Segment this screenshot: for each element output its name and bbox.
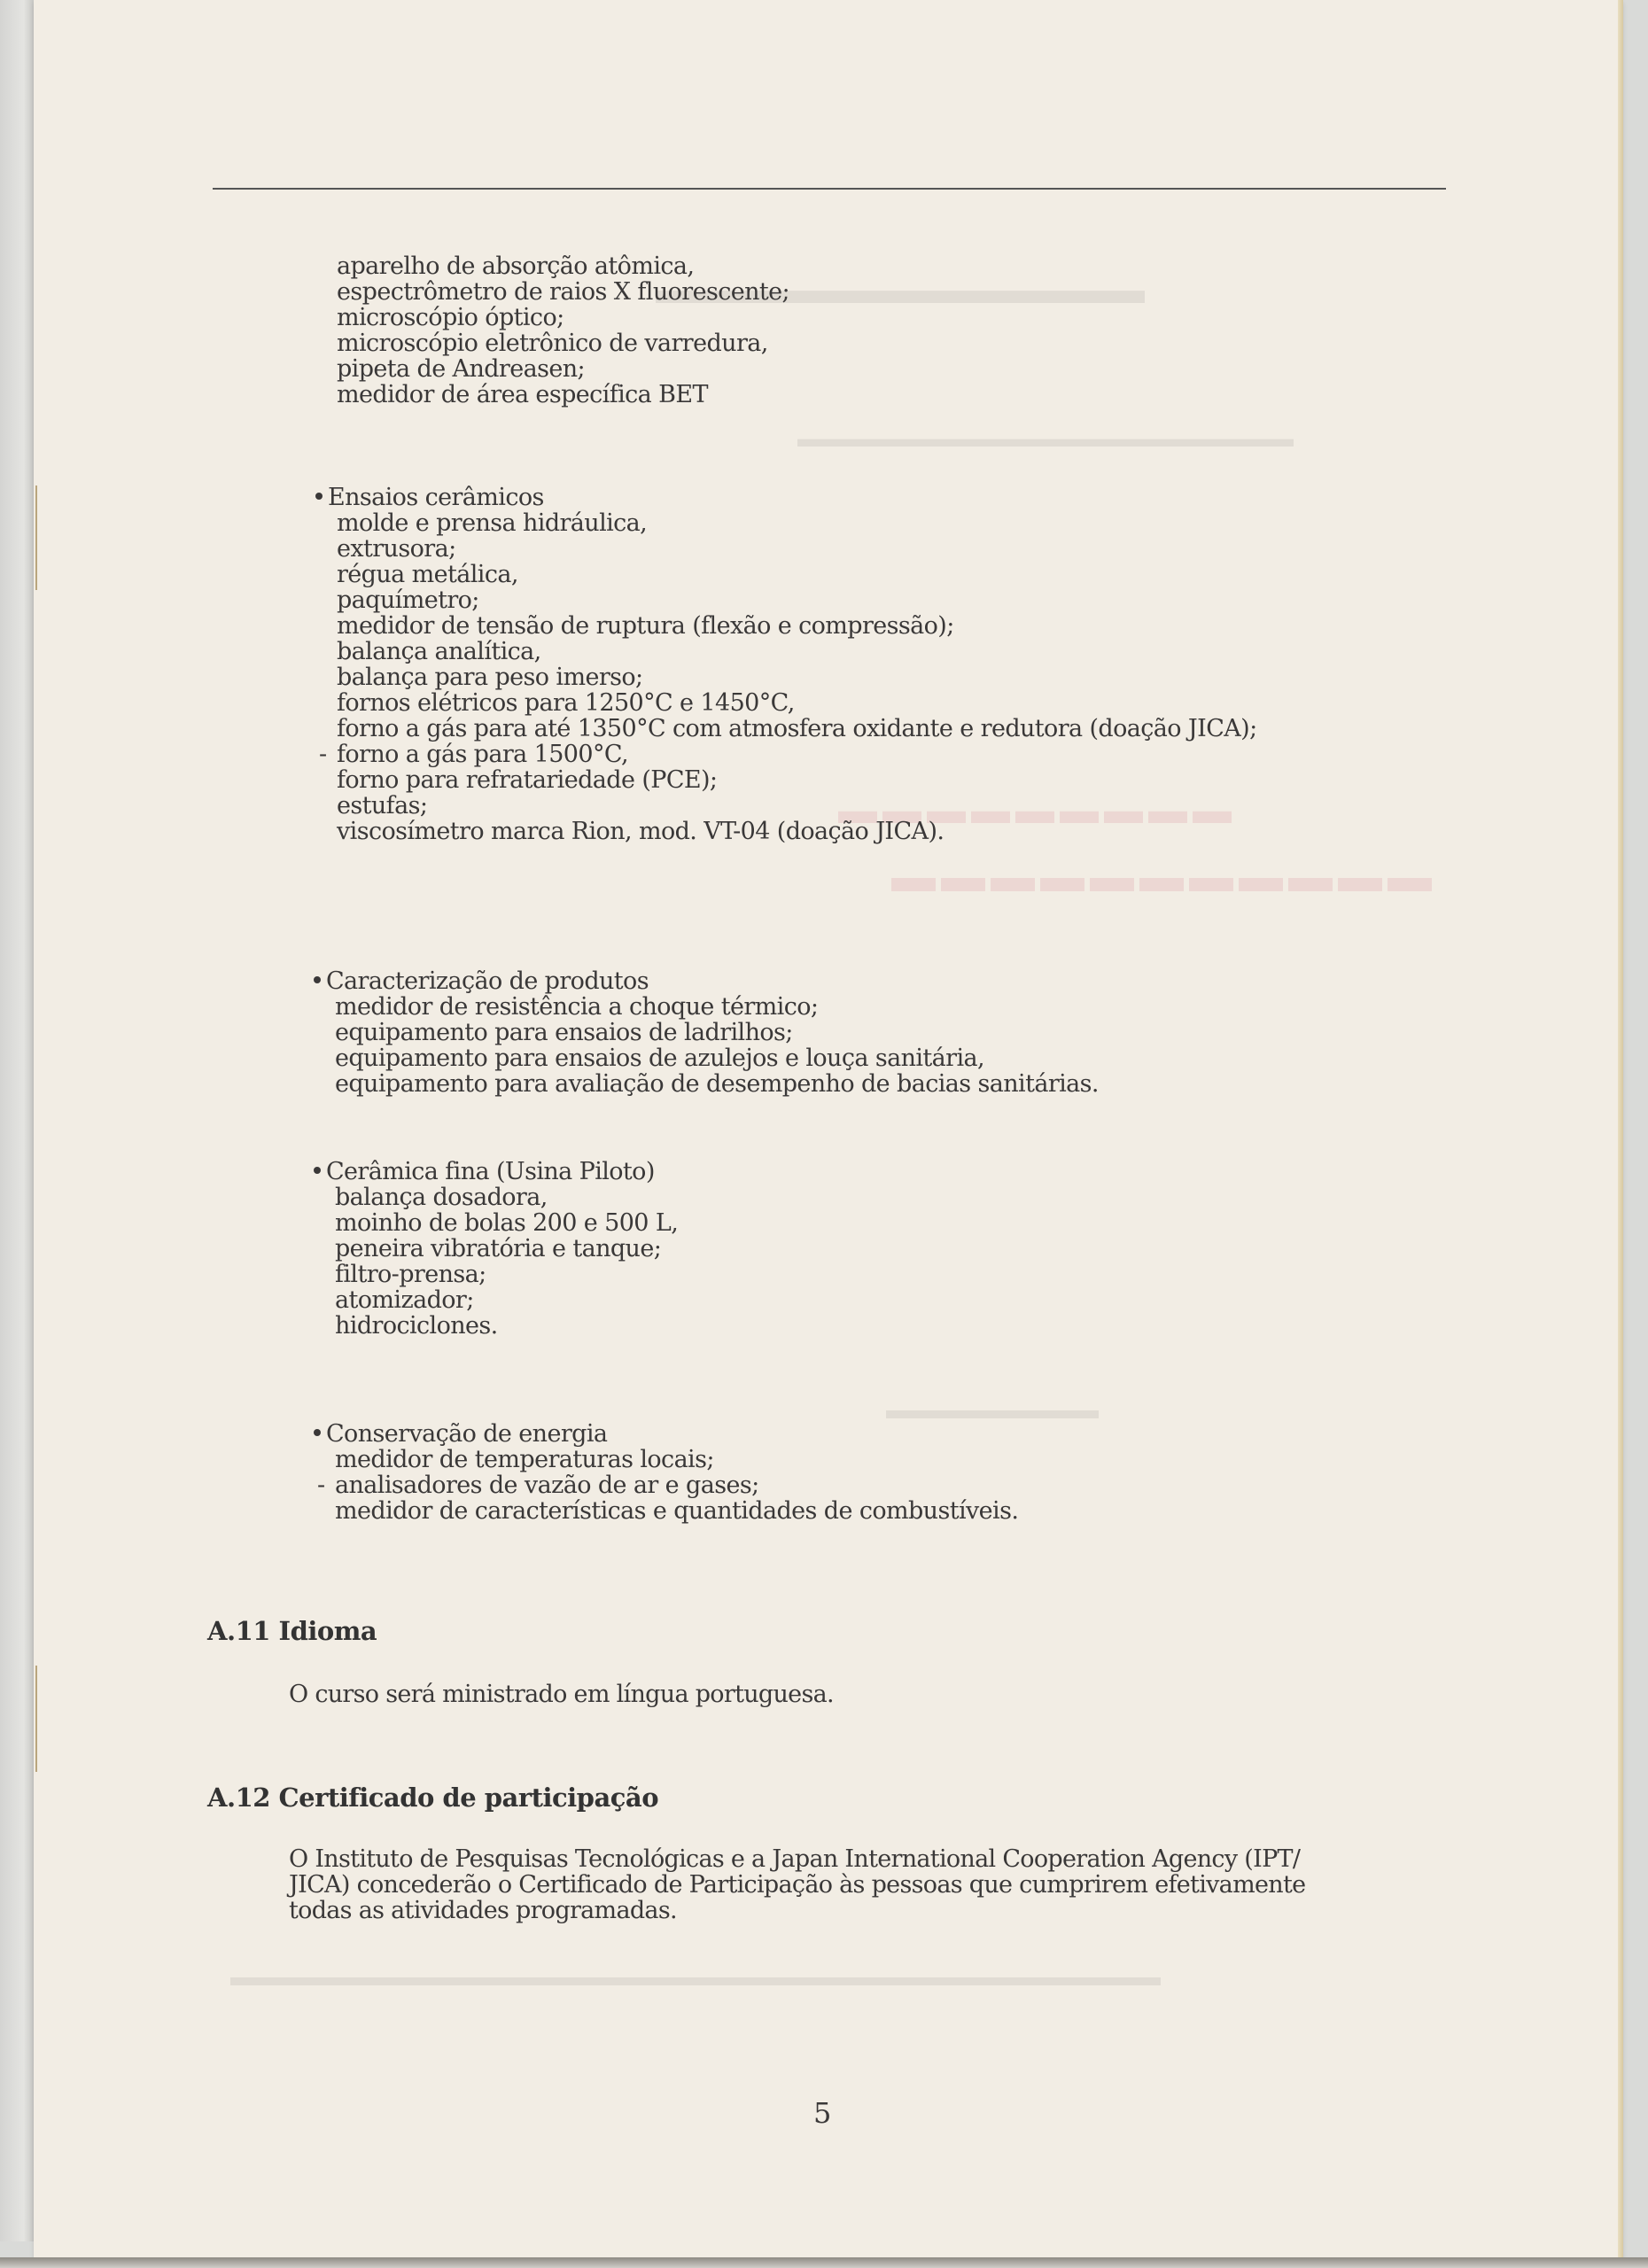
list-item: estufas;	[337, 793, 1257, 819]
equipment-group-fine-ceramics: Cerâmica fina (Usina Piloto) balança dos…	[314, 1159, 678, 1339]
list-item: paquímetro;	[337, 587, 1257, 613]
bullet-icon	[315, 493, 323, 500]
bullet-icon	[314, 1167, 321, 1174]
list-item: forno para refratariedade (PCE);	[337, 767, 1257, 793]
list-item: medidor de área específica BET	[337, 382, 789, 408]
list-item: balança dosadora,	[335, 1184, 678, 1210]
list-item: régua metálica,	[337, 562, 1257, 587]
list-item: microscópio eletrônico de varredura,	[337, 330, 789, 356]
list-item: equipamento para avaliação de desempenho…	[335, 1071, 1099, 1097]
list-item: medidor de características e quantidades…	[335, 1498, 1018, 1524]
equipment-list-continued: aparelho de absorção atômica, espectrôme…	[337, 253, 789, 408]
group-title: Caracterização de produtos	[314, 968, 1099, 994]
list-item: medidor de temperaturas locais;	[335, 1447, 1018, 1472]
bullet-icon	[314, 976, 321, 983]
paragraph-line: JICA) concederão o Certificado de Partic…	[289, 1872, 1305, 1898]
dash-marker: -	[317, 1472, 325, 1498]
list-item: extrusora;	[337, 536, 1257, 562]
binding-staple-mark	[35, 1666, 37, 1772]
paragraph-line: O Instituto de Pesquisas Tecnológicas e …	[289, 1846, 1305, 1872]
page-number: 5	[813, 2096, 831, 2130]
list-item: pipeta de Andreasen;	[337, 356, 789, 382]
paragraph-line: todas as atividades programadas.	[289, 1898, 1305, 1923]
list-item: balança analítica,	[337, 639, 1257, 664]
page-bottom-edge	[0, 2257, 1648, 2268]
page-edge	[1618, 0, 1623, 2257]
list-item: medidor de resistência a choque térmico;	[335, 994, 1099, 1020]
equipment-group-product-characterization: Caracterização de produtos medidor de re…	[314, 968, 1099, 1097]
group-title: Cerâmica fina (Usina Piloto)	[314, 1159, 678, 1184]
section-body-a12: O Instituto de Pesquisas Tecnológicas e …	[289, 1846, 1305, 1923]
list-item: microscópio óptico;	[337, 305, 789, 330]
section-heading-a12: A.12 Certificado de participação	[207, 1783, 658, 1813]
group-title: Conservação de energia	[314, 1421, 1018, 1447]
list-item: espectrômetro de raios X fluorescente;	[337, 279, 789, 305]
list-item: aparelho de absorção atômica,	[337, 253, 789, 279]
binding-staple-mark	[35, 485, 37, 590]
section-body-a11: O curso será ministrado em língua portug…	[289, 1682, 834, 1707]
list-item: forno a gás para até 1350°C com atmosfer…	[337, 716, 1257, 742]
list-item: balança para peso imerso;	[337, 664, 1257, 690]
list-item: fornos elétricos para 1250°C e 1450°C,	[337, 690, 1257, 716]
dash-marker: -	[319, 742, 327, 767]
list-item: -analisadores de vazão de ar e gases;	[335, 1472, 1018, 1498]
group-title: Ensaios cerâmicos	[315, 485, 1257, 510]
equipment-group-ceramic-tests: Ensaios cerâmicos molde e prensa hidrául…	[315, 485, 1257, 844]
equipment-group-energy-conservation: Conservação de energia medidor de temper…	[314, 1421, 1018, 1524]
list-item: equipamento para ensaios de ladrilhos;	[335, 1020, 1099, 1045]
header-rule	[213, 188, 1446, 190]
book-spine	[0, 0, 34, 2241]
list-item: hidrociclones.	[335, 1313, 678, 1339]
list-item: atomizador;	[335, 1287, 678, 1313]
list-item: equipamento para ensaios de azulejos e l…	[335, 1045, 1099, 1071]
section-heading-a11: A.11 Idioma	[207, 1616, 377, 1646]
list-item: molde e prensa hidráulica,	[337, 510, 1257, 536]
bullet-icon	[314, 1429, 321, 1436]
list-item: filtro-prensa;	[335, 1262, 678, 1287]
list-item: medidor de tensão de ruptura (flexão e c…	[337, 613, 1257, 639]
list-item: moinho de bolas 200 e 500 L,	[335, 1210, 678, 1236]
list-item: viscosímetro marca Rion, mod. VT-04 (doa…	[337, 819, 1257, 844]
list-item: -forno a gás para 1500°C,	[337, 742, 1257, 767]
list-item: peneira vibratória e tanque;	[335, 1236, 678, 1262]
